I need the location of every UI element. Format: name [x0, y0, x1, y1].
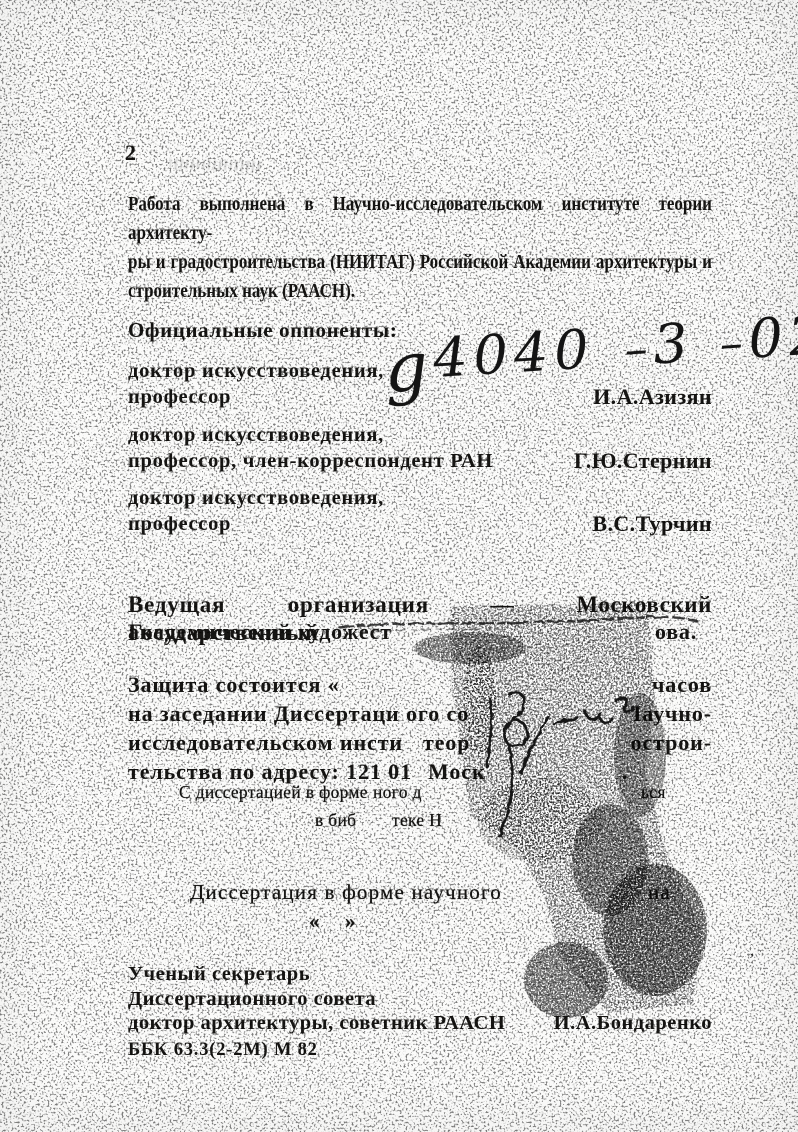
- affiliation-line: Работа выполнена в Научно-исследовательс…: [128, 190, 712, 248]
- defense-schedule: Защита состоится « часов на заседании Ди…: [128, 672, 712, 788]
- opponent-degree: доктор искусствоведения,: [128, 358, 384, 384]
- mailing-fragment: на: [648, 880, 671, 905]
- library-fragment: в биб: [315, 810, 356, 831]
- leading-organization-fragment: ова.: [655, 619, 697, 645]
- defense-fragment: исследовательском инсти: [128, 730, 403, 755]
- library-fragment: ного д: [373, 782, 422, 803]
- opponent-name: И.А.Азизян: [593, 384, 712, 410]
- library-fragment: теке Н: [392, 810, 442, 831]
- affiliation-line: строительных наук (РААСН).: [128, 277, 712, 306]
- library-fragment: С диссертацией в форме: [179, 782, 368, 803]
- handwritten-dash: –: [623, 321, 649, 376]
- library-line: в биб теке Н: [128, 810, 712, 838]
- defense-fragment: на заседании Диссертаци: [128, 701, 400, 726]
- defense-fragment: часов: [652, 672, 712, 698]
- leading-organization-line2: академический художест ова.: [128, 619, 712, 647]
- defense-fragment: теор: [423, 730, 470, 756]
- mailing-fragment: Диссертация в форме научного: [190, 880, 502, 905]
- opponent-degree: доктор искусствоведения,: [128, 422, 493, 448]
- handwritten-dash: –: [718, 315, 744, 370]
- defense-line: Защита состоится « часов: [128, 672, 712, 701]
- opponent-name: В.С.Турчин: [592, 511, 712, 537]
- opponent-row: доктор искусствоведения, профессор, член…: [128, 422, 712, 474]
- affiliation-line: ры и градостроительства (НИИТАГ) Российс…: [128, 248, 712, 277]
- defense-fragment: Защита состоится «: [128, 672, 340, 697]
- defense-fragment: ого со: [406, 701, 469, 727]
- defense-fragment: Іаучно-: [633, 701, 712, 727]
- quote-open-mark: «: [309, 909, 321, 934]
- library-fragment: ься: [641, 782, 666, 803]
- defense-line: на заседании Диссертаци ого со Іаучно-: [128, 701, 712, 730]
- handwritten-number: 4040: [431, 317, 596, 390]
- library-note: С диссертацией в форме ного д ься в биб …: [128, 782, 712, 838]
- mailing-date-line: « »: [128, 909, 712, 938]
- affiliation-paragraph: Работа выполнена в Научно-исследовательс…: [128, 190, 712, 306]
- secretary-title: доктор архитектуры, советник РААСН: [128, 1011, 505, 1036]
- opponent-name: Г.Ю.Стернин: [574, 448, 712, 474]
- handwritten-number: 3: [651, 311, 695, 376]
- leading-organization-fragment: академический художест: [128, 619, 392, 644]
- scan-smudge: [170, 159, 262, 171]
- handwritten-catalog-number: g4040–3–02: [381, 294, 785, 397]
- scan-speck-mark: ’: [746, 950, 756, 971]
- page-number: 2: [125, 140, 136, 166]
- scanned-dissertation-page: 2 Работа выполнена в Научно-исследовател…: [0, 0, 798, 1132]
- defense-fragment: острои-: [631, 730, 712, 756]
- opponent-degree: профессор: [128, 511, 384, 537]
- mailing-note: Диссертация в форме научного на « »: [128, 880, 712, 938]
- defense-line: исследовательском инсти теор острои-: [128, 730, 712, 759]
- bbk-code: ББК 63.3(2-2М) М 82: [128, 1038, 712, 1063]
- opponent-degree: доктор искусствоведения,: [128, 485, 384, 511]
- secretary-line: Ученый секретарь: [128, 962, 712, 987]
- opponent-degree: профессор, член-корреспондент РАН: [128, 448, 493, 474]
- secretary-line: Диссертационного совета: [128, 987, 712, 1012]
- leading-organization-label: Ведущая организация: [128, 592, 429, 617]
- handwritten-number: 02: [747, 303, 798, 371]
- mailing-line: Диссертация в форме научного на: [128, 880, 712, 909]
- opponent-row: доктор искусствоведения, профессор В.С.Т…: [128, 485, 712, 537]
- secretary-signature-line: доктор архитектуры, советник РААСН И.А.Б…: [128, 1011, 712, 1036]
- handwritten-char: g: [382, 327, 430, 409]
- secretary-block: Ученый секретарь Диссертационного совета…: [128, 962, 712, 1062]
- defense-fragment: тельства по адресу: 121 01: [128, 759, 412, 784]
- opponent-degree: профессор: [128, 384, 384, 410]
- quote-close-mark: »: [345, 909, 357, 934]
- secretary-name: И.А.Бондаренко: [554, 1011, 712, 1036]
- library-line: С диссертацией в форме ного д ься: [128, 782, 712, 810]
